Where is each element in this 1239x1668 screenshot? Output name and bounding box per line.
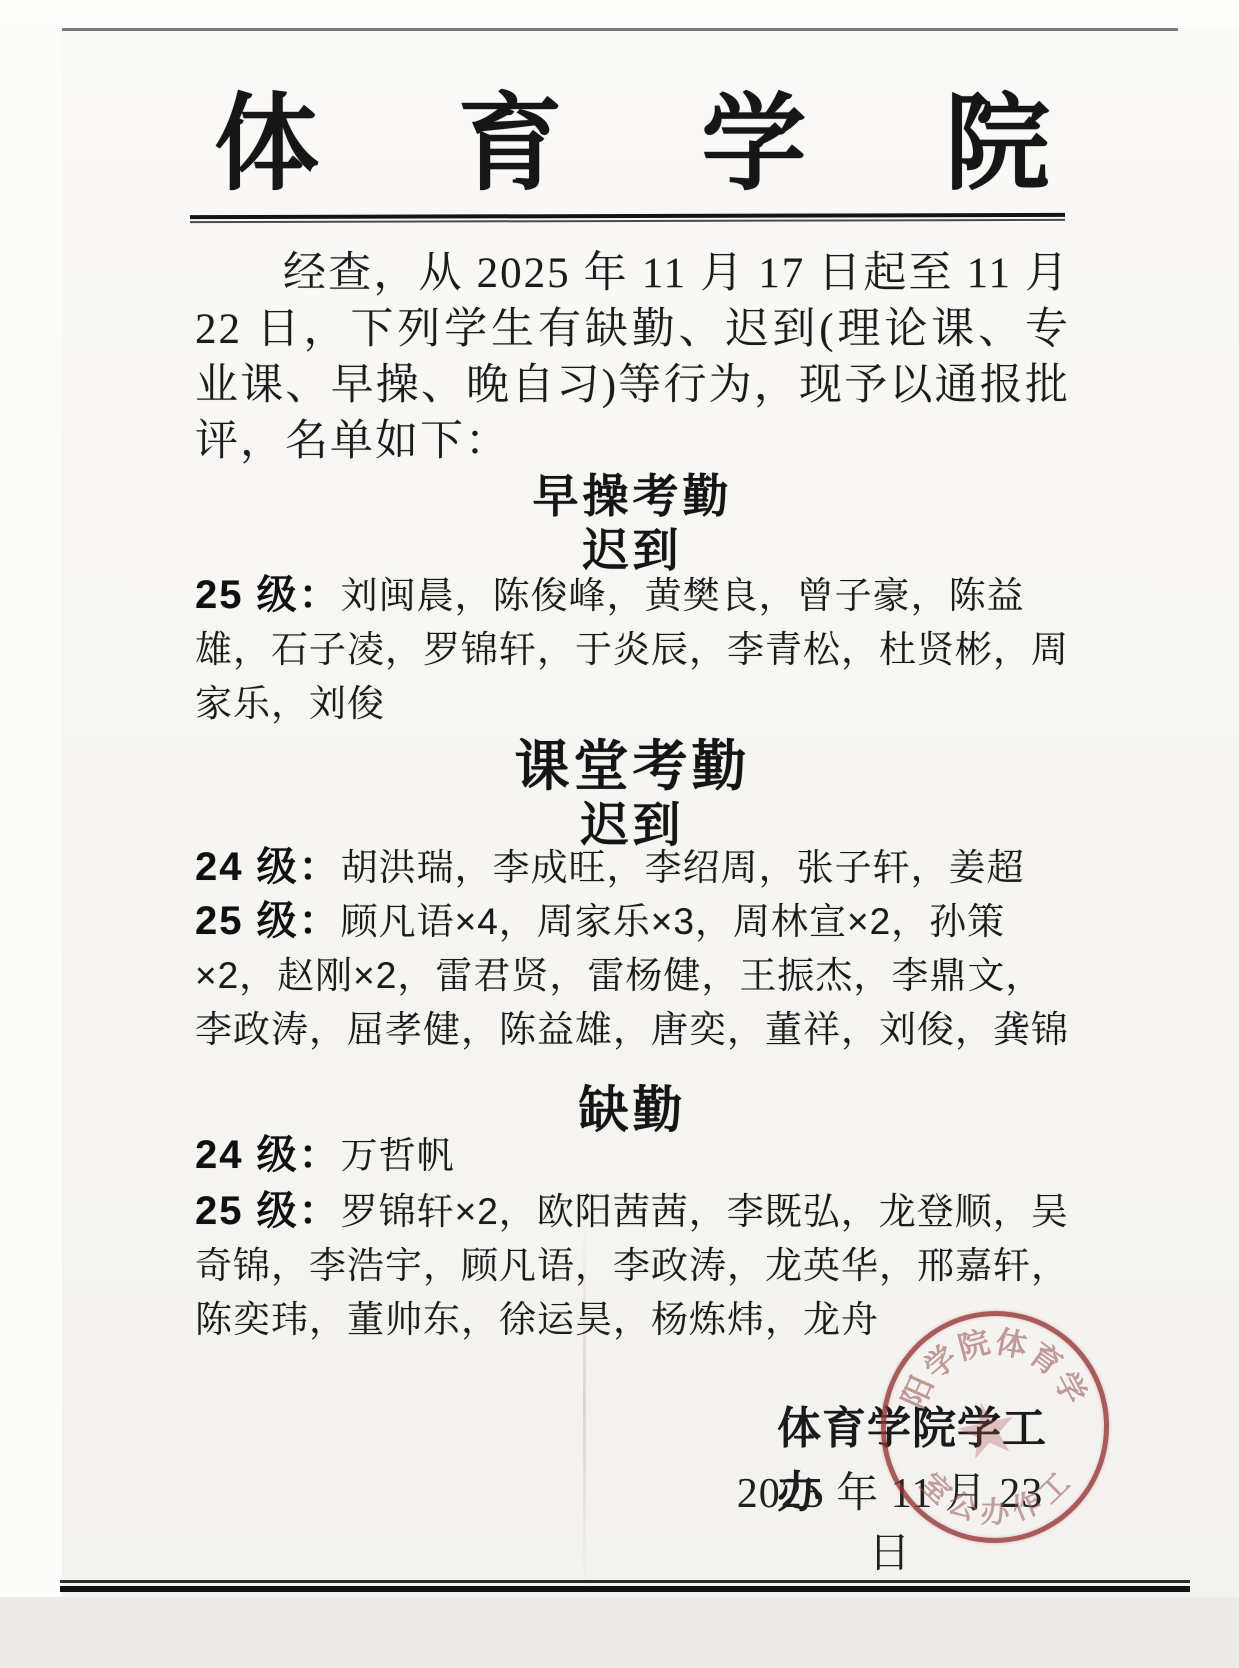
name-list: 24 级：万哲帆 xyxy=(195,1128,1075,1183)
scan-left-margin xyxy=(0,0,62,1600)
grade-label: 25 级： xyxy=(195,573,341,617)
name-list: 24 级：胡洪瑞，李成旺，李绍周，张子轩，姜超 xyxy=(195,840,1075,895)
scanned-notice-page: 体 育 学 院 经查，从 2025 年 11 月 17 日起至 11 月 22 … xyxy=(0,0,1239,1668)
name-list: 25 级：顾凡语×4，周家乐×3，周林宣×2，孙策×2，赵刚×2，雷君贤，雷杨健… xyxy=(195,894,1075,1057)
grade-label: 25 级： xyxy=(195,1189,341,1233)
title-char: 育 xyxy=(458,92,563,197)
title-underline xyxy=(190,213,1065,223)
student-names: 万哲帆 xyxy=(341,1135,455,1176)
page-title: 体 育 学 院 xyxy=(214,92,1050,202)
grade-label: 24 级： xyxy=(195,845,341,889)
name-list: 25 级：罗锦轩×2，欧阳茜茜，李既弘，龙登顺，吴奇锦，李浩宇，顾凡语，李政涛，… xyxy=(195,1184,1075,1347)
scan-top-margin xyxy=(0,0,1239,28)
intro-paragraph: 经查，从 2025 年 11 月 17 日起至 11 月 22 日，下列学生有缺… xyxy=(195,246,1070,470)
grade-label: 24 级： xyxy=(195,1133,341,1177)
title-char: 院 xyxy=(945,92,1050,197)
name-list: 25 级：刘闽晨，陈俊峰，黄樊良，曾子豪，陈益雄，石子凌，罗锦轩，于炎辰，李青松… xyxy=(195,568,1075,731)
top-horizontal-rule xyxy=(62,28,1178,31)
issue-date: 2025 年 11 月 23 日 xyxy=(720,1460,1060,1580)
student-names: 胡洪瑞，李成旺，李绍周，张子轩，姜超 xyxy=(341,847,1025,888)
scan-bottom-margin xyxy=(0,1597,1239,1668)
grade-label: 25 级： xyxy=(195,899,341,943)
title-char: 体 xyxy=(214,92,319,197)
bottom-horizontal-rule xyxy=(60,1580,1190,1592)
title-char: 学 xyxy=(701,92,806,197)
